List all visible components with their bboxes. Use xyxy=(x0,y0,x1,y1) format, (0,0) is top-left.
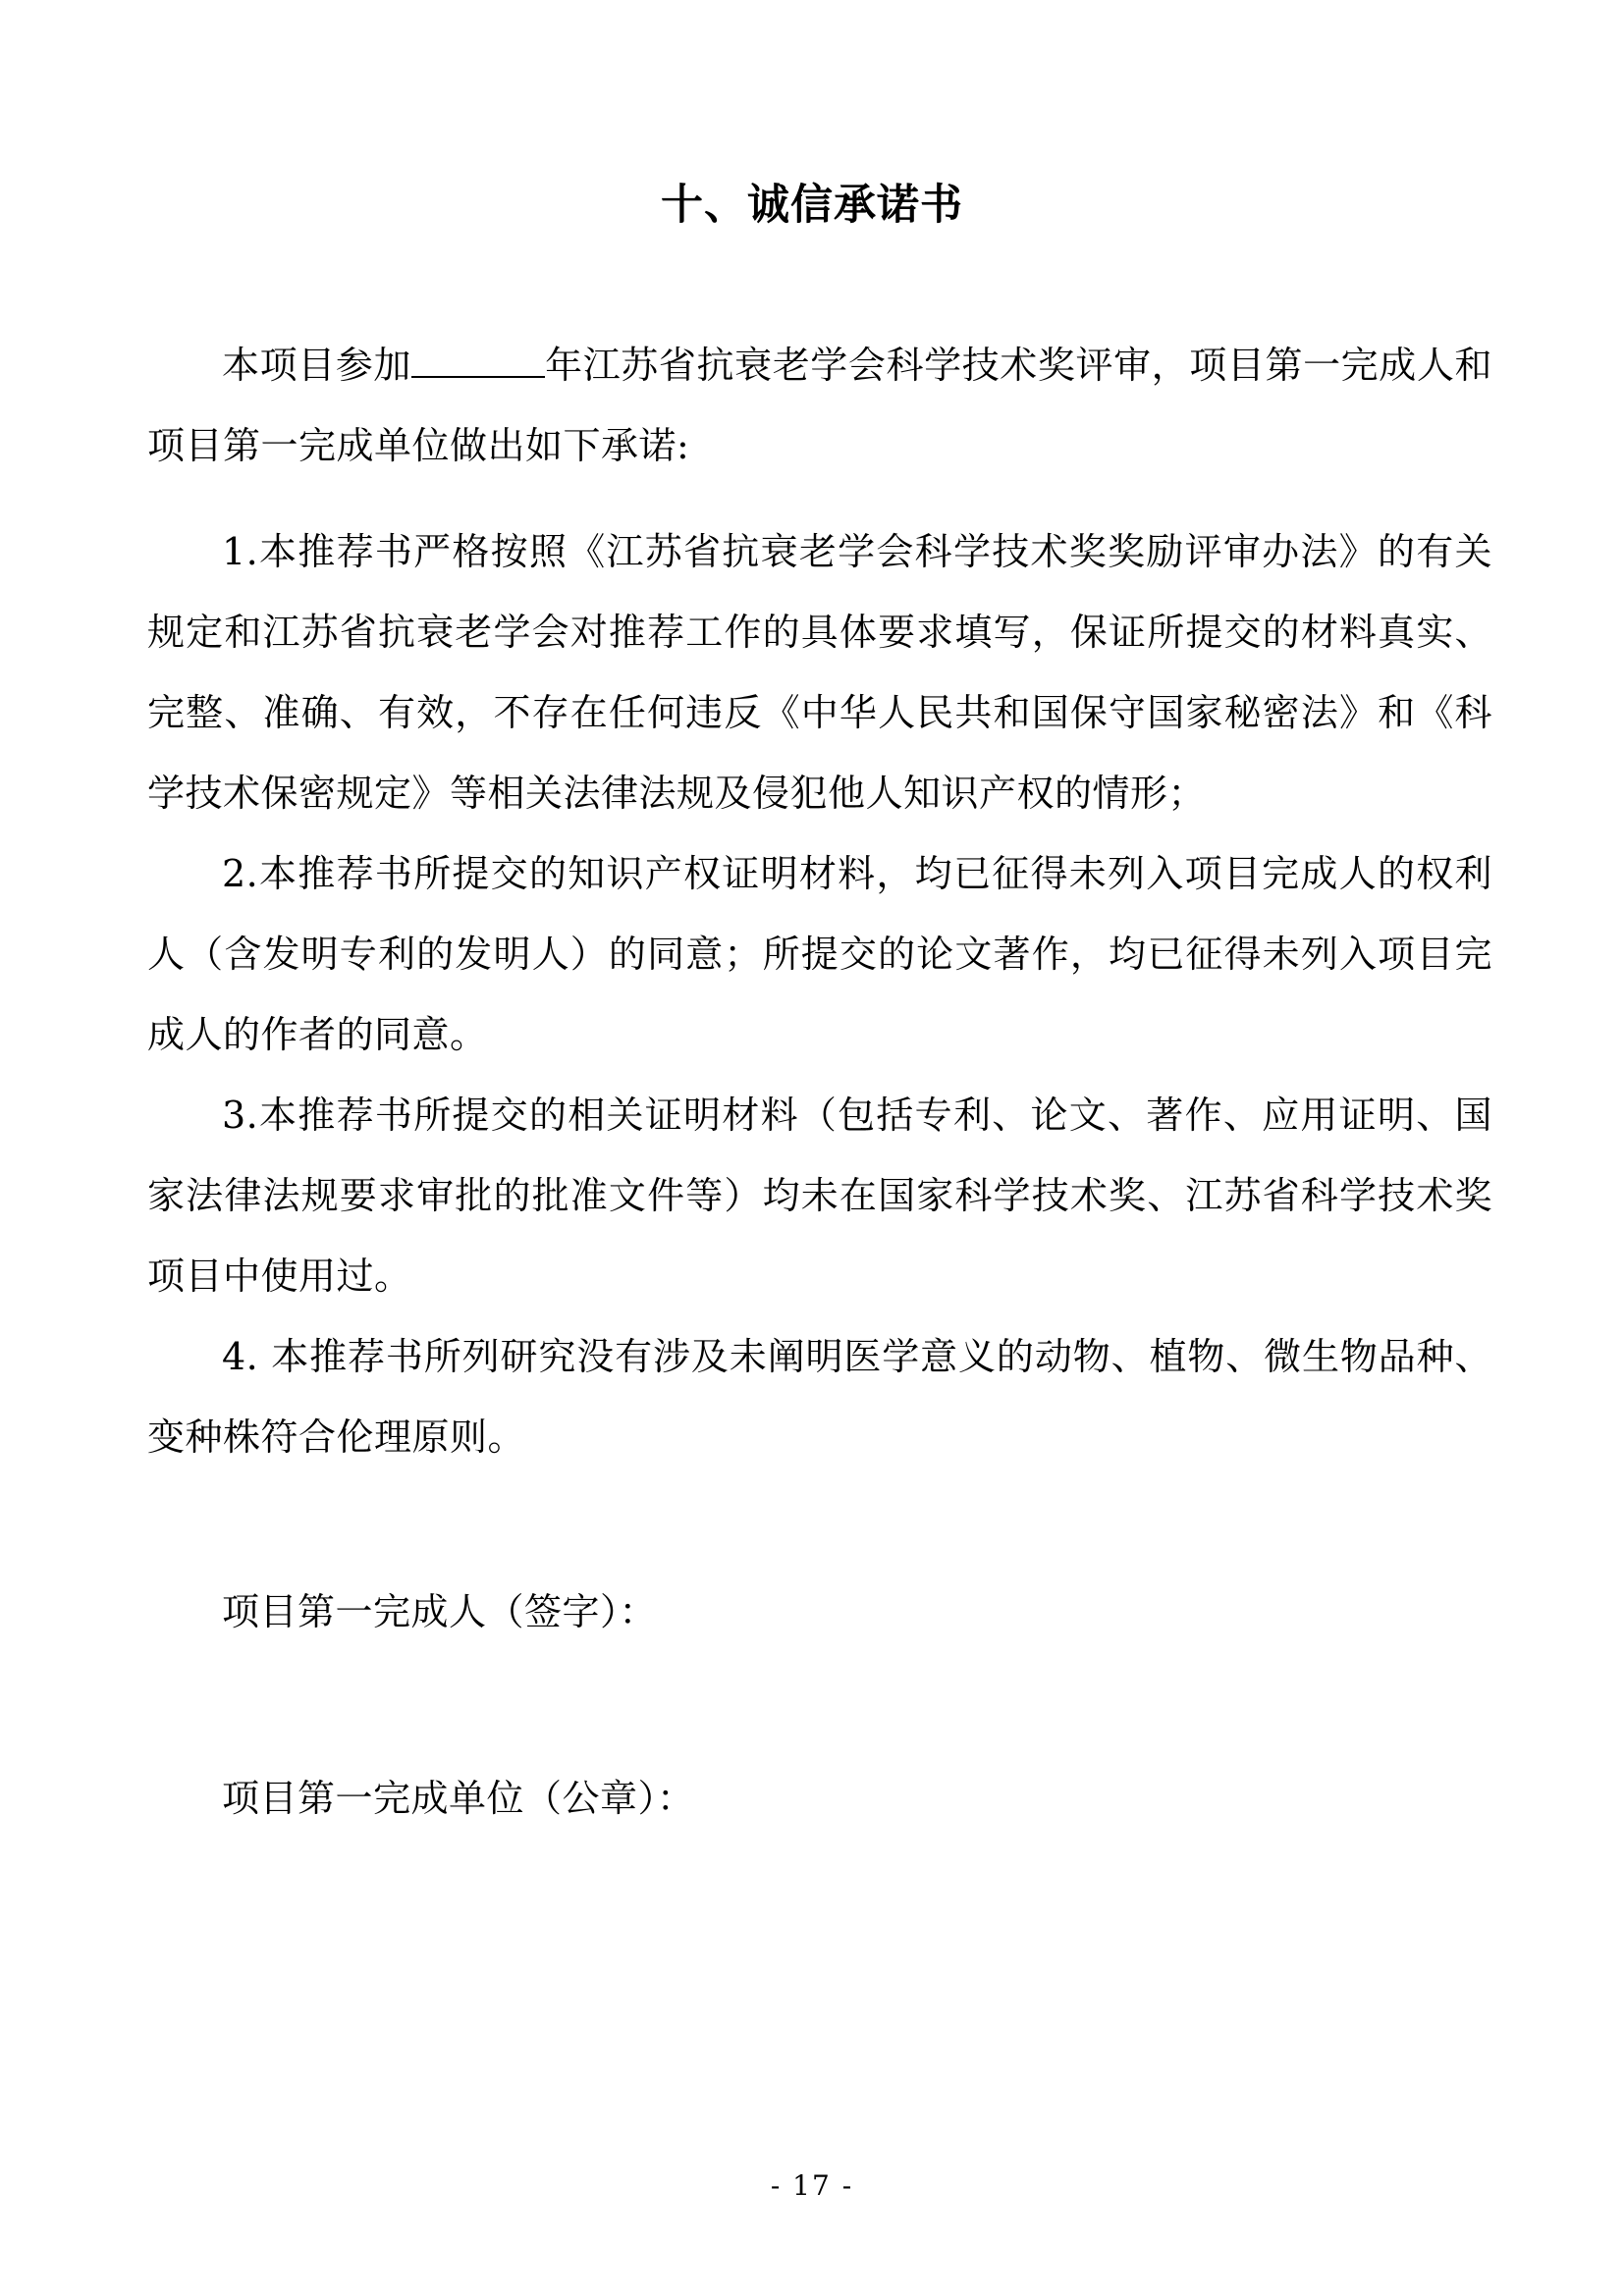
signature-line-first-unit-seal: 项目第一完成单位（公章）： xyxy=(147,1758,1492,1839)
document-page: 十、诚信承诺书 本项目参加年江苏省抗衰老学会科学技术奖评审，项目第一完成人和项目… xyxy=(0,0,1624,2296)
page-number: - 17 - xyxy=(0,2169,1624,2203)
year-blank-field xyxy=(411,343,545,378)
page-title: 十、诚信承诺书 xyxy=(0,0,1624,227)
commitment-item-2: 2.本推荐书所提交的知识产权证明材料，均已征得未列入项目完成人的权利人（含发明专… xyxy=(147,833,1492,1075)
commitment-item-4: 4. 本推荐书所列研究没有涉及未阐明医学意义的动物、植物、微生物品种、变种株符合… xyxy=(147,1316,1492,1477)
intro-paragraph: 本项目参加年江苏省抗衰老学会科学技术奖评审，项目第一完成人和项目第一完成单位做出… xyxy=(147,325,1492,486)
document-body: 本项目参加年江苏省抗衰老学会科学技术奖评审，项目第一完成人和项目第一完成单位做出… xyxy=(147,325,1492,1839)
signature-line-first-completer: 项目第一完成人（签字）： xyxy=(147,1572,1492,1652)
commitment-item-3: 3.本推荐书所提交的相关证明材料（包括专利、论文、著作、应用证明、国家法律法规要… xyxy=(147,1075,1492,1316)
intro-text-before-blank: 本项目参加 xyxy=(222,344,411,387)
commitment-item-1: 1.本推荐书严格按照《江苏省抗衰老学会科学技术奖奖励评审办法》的有关规定和江苏省… xyxy=(147,511,1492,833)
